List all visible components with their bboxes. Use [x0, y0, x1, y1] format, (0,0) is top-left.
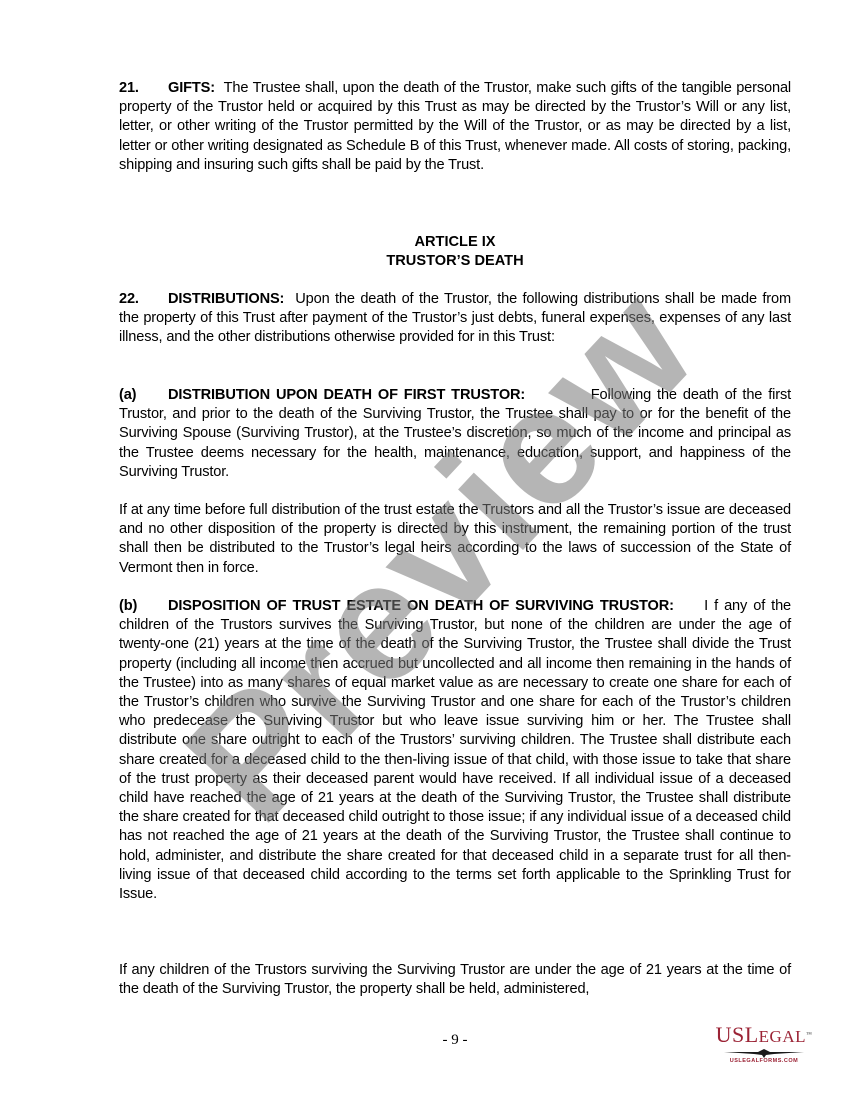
section-22a-paragraph-2: If at any time before full distribution …: [119, 501, 791, 578]
eagle-wings-icon: [724, 1049, 804, 1058]
section-21-gifts: 21.GIFTS: The Trustee shall, upon the de…: [119, 79, 791, 175]
section-22a-first-trustor: (a)DISTRIBUTION UPON DEATH OF FIRST TRUS…: [119, 386, 791, 482]
section-number: 21.: [119, 79, 168, 98]
section-text: I f any of the children of the Trustors …: [119, 598, 791, 902]
section-22-distributions: 22.DISTRIBUTIONS: Upon the death of the …: [119, 290, 791, 348]
section-title: DISTRIBUTION UPON DEATH OF FIRST TRUSTOR…: [168, 387, 525, 403]
section-number: 22.: [119, 290, 168, 309]
logo-wordmark: USLEGAL™: [706, 1024, 822, 1048]
logo-url: USLEGALFORMS.COM: [706, 1058, 822, 1065]
uslegal-logo: USLEGAL™ USLEGALFORMS.COM: [706, 1024, 822, 1070]
section-number: (a): [119, 386, 168, 405]
section-text: If any children of the Trustors survivin…: [119, 962, 791, 997]
section-number: (b): [119, 597, 168, 616]
article-label: ARTICLE IX: [119, 233, 791, 252]
article-title: TRUSTOR’S DEATH: [119, 252, 791, 271]
section-title: GIFTS:: [168, 80, 215, 96]
section-22b-paragraph-2: If any children of the Trustors survivin…: [119, 961, 791, 999]
page-number: - 9 -: [400, 1031, 510, 1050]
section-text: If at any time before full distribution …: [119, 502, 791, 576]
section-title: DISPOSITION OF TRUST ESTATE ON DEATH OF …: [168, 598, 674, 614]
section-text: The Trustee shall, upon the death of the…: [119, 80, 791, 173]
section-22b-surviving-trustor: (b)DISPOSITION OF TRUST ESTATE ON DEATH …: [119, 597, 791, 904]
section-title: DISTRIBUTIONS:: [168, 291, 284, 307]
document-page: 21.GIFTS: The Trustee shall, upon the de…: [0, 0, 850, 1100]
